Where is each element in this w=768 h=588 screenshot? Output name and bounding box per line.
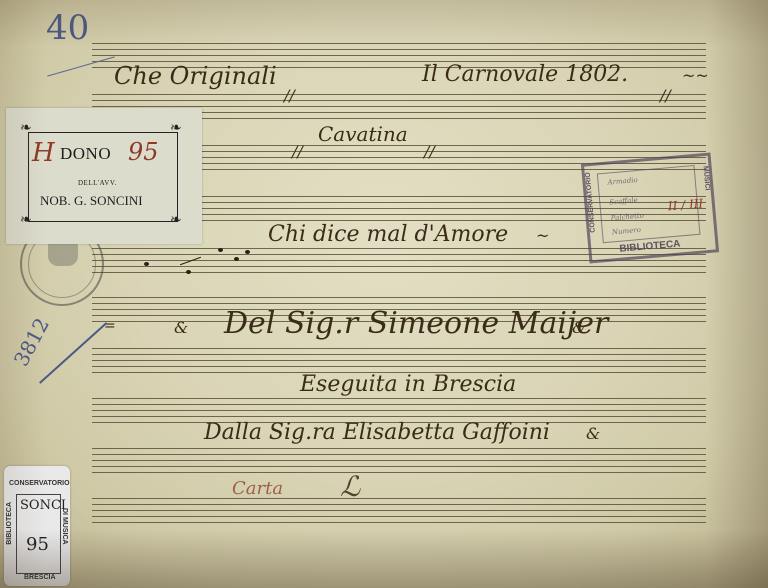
music-note	[186, 270, 191, 274]
red-mark-number: 95	[128, 138, 159, 166]
donor-name: NOB. G. SONCINI	[40, 193, 143, 209]
music-note	[234, 257, 239, 261]
performer-credit: Dalla Sig.ra Elisabetta Gaffoini	[204, 420, 550, 445]
library-sticker: CONSERVATORIO BIBLIOTECA DI MUSICA BRESC…	[4, 466, 70, 586]
ornament-icon: ❧	[170, 214, 182, 228]
ornament-icon: ❧	[20, 214, 32, 228]
double-slash-mark: //	[292, 142, 303, 161]
crest-icon	[48, 242, 78, 266]
signature-flourish: ℒ	[340, 470, 360, 503]
sticker-collection: SONCI	[20, 498, 66, 513]
music-note	[245, 250, 250, 254]
library-stamp: Armadio Scaffale Palchetto Numero BIBLIO…	[581, 153, 719, 264]
donation-label: ❧ ❧ ❧ ❧	[6, 108, 202, 244]
flourish: ~~	[682, 66, 709, 85]
ornament-icon: ❧	[170, 122, 182, 136]
title-line1-left: Che Originali	[114, 62, 277, 90]
equals-mark: =	[104, 318, 116, 334]
shelf-number: 40	[46, 8, 89, 48]
donation-title: DONO	[60, 144, 111, 164]
flourish: ~	[536, 226, 549, 245]
sticker-left: BIBLIOTECA	[6, 502, 13, 545]
title-line1-right: Il Carnovale 1802.	[422, 62, 628, 87]
flourish: &	[174, 318, 188, 337]
sticker-bottom: BRESCIA	[24, 574, 56, 581]
inventory-number: 3812	[9, 314, 54, 370]
double-slash-mark: //	[284, 86, 295, 105]
sticker-number: 95	[26, 534, 49, 555]
donation-subtitle: DELL'AVV.	[78, 179, 117, 187]
staff-10	[92, 498, 706, 524]
incipit: Chi dice mal d'Amore	[268, 222, 508, 247]
stamp-side-right: MUSICI	[702, 166, 711, 191]
ornament-icon: ❧	[20, 122, 32, 136]
composer-credit: Del Sig.r Simeone Maijer	[224, 306, 608, 341]
staff-9	[92, 448, 706, 474]
signature-fragment: Carta	[232, 478, 283, 499]
flourish: &	[586, 424, 600, 443]
genre-title: Cavatina	[318, 122, 408, 146]
sticker-top: CONSERVATORIO	[9, 480, 70, 487]
double-slash-mark: //	[424, 142, 435, 161]
performance-place: Eseguita in Brescia	[300, 372, 516, 397]
red-mark-letter: H	[32, 138, 55, 168]
manuscript-page: Che Originali Il Carnovale 1802. ~~ Cava…	[0, 0, 768, 588]
music-note	[144, 262, 149, 266]
sticker-right: DI MUSICA	[61, 508, 68, 545]
flourish: &	[572, 318, 586, 337]
double-slash-mark: //	[660, 86, 671, 105]
stamp-side-left: CONSERVATORIO	[585, 172, 597, 233]
staff-7	[92, 348, 706, 374]
music-note	[218, 248, 223, 252]
